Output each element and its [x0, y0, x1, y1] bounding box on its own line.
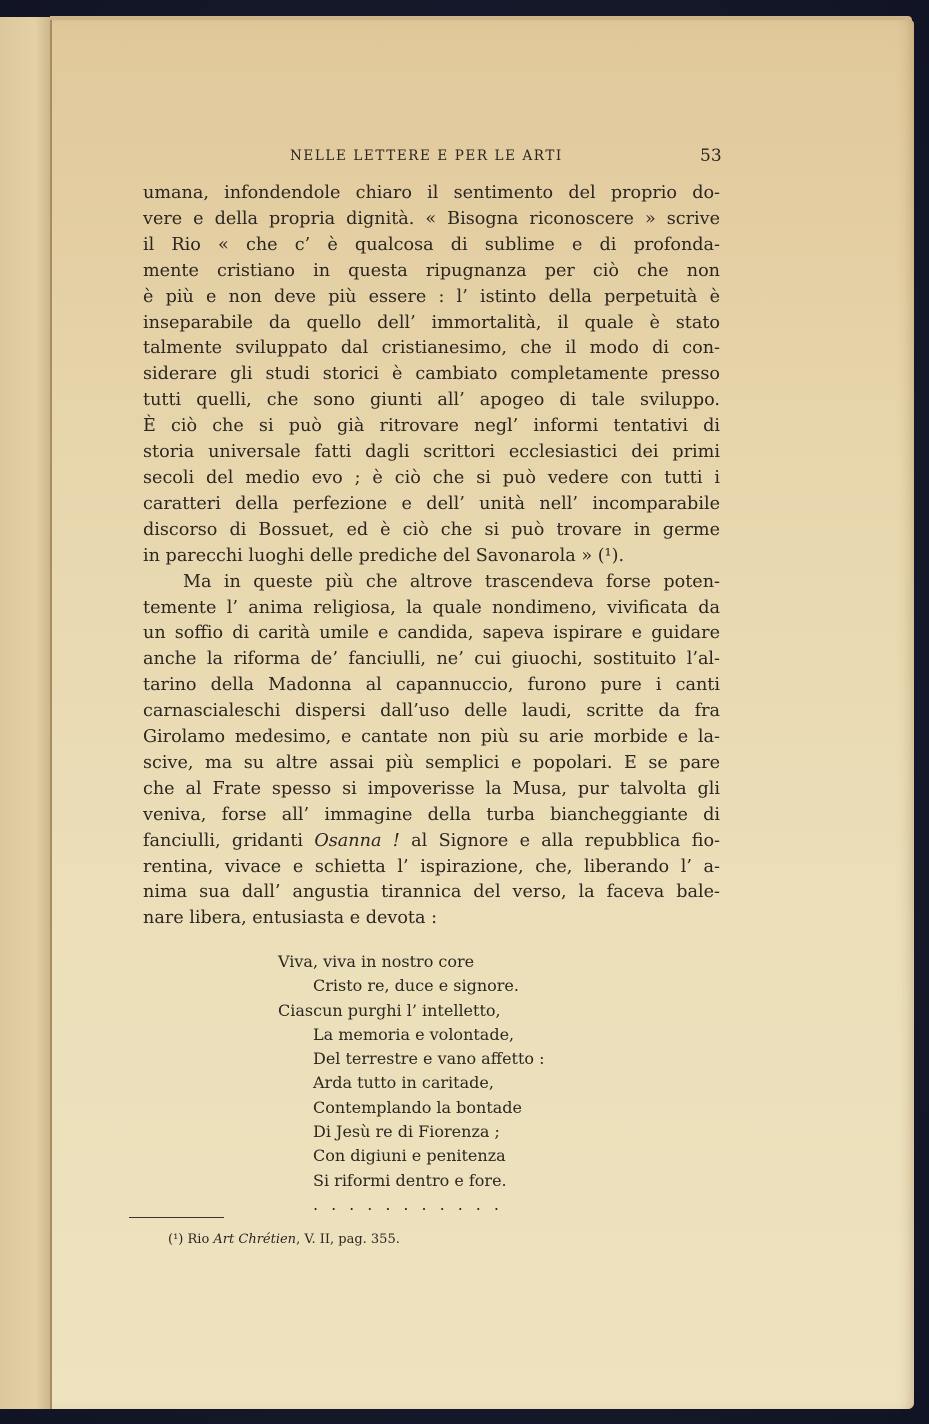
text-line: Girolamo medesimo, e cantate non più su …	[143, 725, 720, 751]
verse-line: Del terrestre e vano affetto :	[278, 1047, 545, 1071]
verse-line: Si riformi dentro e fore.	[278, 1169, 545, 1193]
footnote-marker: (¹)	[168, 1232, 183, 1247]
text-line: secoli del medio evo ; è ciò che si può …	[143, 466, 720, 492]
text-line: caratteri della perfezione e dell’ unità…	[143, 492, 720, 518]
text-line: temente l’ anima religiosa, la quale non…	[143, 596, 720, 622]
facing-page-edge	[0, 17, 50, 1409]
footnote-reference: , V. II, pag. 355.	[296, 1232, 400, 1247]
verse-line: Ciascun purghi l’ intelletto,	[278, 999, 545, 1023]
text-line: siderare gli studi storici è cambiato co…	[143, 362, 720, 388]
text-line: inseparabile da quello dell’ immortalità…	[143, 311, 720, 337]
paragraph-start-line: Ma in queste più che altrove trascendeva…	[143, 570, 720, 596]
verse-line: Di Jesù re di Fiorenza ;	[278, 1120, 545, 1144]
text-line: umana, infondendole chiaro il sentimento…	[143, 181, 720, 207]
text-fragment: al Signore e alla repubblica fio-	[400, 831, 720, 851]
footnote-rule	[129, 1217, 224, 1218]
text-line: il Rio « che c’ è qualcosa di sublime e …	[143, 233, 720, 259]
italic-exclamation: Osanna !	[314, 831, 399, 851]
text-line: nare libera, entusiasta e devota :	[143, 906, 720, 932]
footnote: (¹) Rio Art Chrétien, V. II, pag. 355.	[168, 1232, 400, 1247]
running-head: NELLE LETTERE E PER LE ARTI	[290, 148, 563, 164]
verse-quotation: Viva, viva in nostro core Cristo re, duc…	[278, 950, 545, 1217]
page-number: 53	[700, 146, 722, 166]
text-line: carnascialeschi dispersi dall’uso delle …	[143, 699, 720, 725]
verse-line: Arda tutto in caritade,	[278, 1071, 545, 1095]
footnote-author: Rio	[188, 1232, 210, 1247]
text-line: in parecchi luoghi delle prediche del Sa…	[143, 544, 720, 570]
verse-line: La memoria e volontade,	[278, 1023, 545, 1047]
text-line: discorso di Bossuet, ed è ciò che si può…	[143, 518, 720, 544]
verse-ellipsis: ...........	[278, 1193, 545, 1217]
verse-line: Viva, viva in nostro core	[278, 950, 545, 974]
text-line: talmente sviluppato dal cristianesimo, c…	[143, 336, 720, 362]
text-line: che al Frate spesso si impoverisse la Mu…	[143, 777, 720, 803]
text-fragment: fanciulli, gridanti	[143, 831, 314, 851]
verse-line: Con digiuni e penitenza	[278, 1144, 545, 1168]
text-line: un soffio di carità umile e candida, sap…	[143, 621, 720, 647]
text-line: rentina, vivace e schietta l’ ispirazion…	[143, 855, 720, 881]
text-line: È ciò che si può già ritrovare negl’ inf…	[143, 414, 720, 440]
osanna-line: fanciulli, gridanti Osanna ! al Signore …	[143, 829, 720, 855]
text-line: tutti quelli, che sono giunti all’ apoge…	[143, 388, 720, 414]
footnote-title: Art Chrétien	[213, 1232, 296, 1247]
verse-line: Contemplando la bontade	[278, 1096, 545, 1120]
text-line: anche la riforma de’ fanciulli, ne’ cui …	[143, 647, 720, 673]
text-line: veniva, forse all’ immagine della turba …	[143, 803, 720, 829]
text-line: tarino della Madonna al capannuccio, fur…	[143, 673, 720, 699]
text-line: mente cristiano in questa ripugnanza per…	[143, 259, 720, 285]
text-line: nima sua dall’ angustia tirannica del ve…	[143, 880, 720, 906]
text-line: scive, ma su altre assai più semplici e …	[143, 751, 720, 777]
text-line: vere e della propria dignità. « Bisogna …	[143, 207, 720, 233]
text-line: è più e non deve più essere : l’ istinto…	[143, 285, 720, 311]
verse-line: Cristo re, duce e signore.	[278, 974, 545, 998]
body-text: umana, infondendole chiaro il sentimento…	[143, 181, 720, 932]
text-line: storia universale fatti dagli scrittori …	[143, 440, 720, 466]
